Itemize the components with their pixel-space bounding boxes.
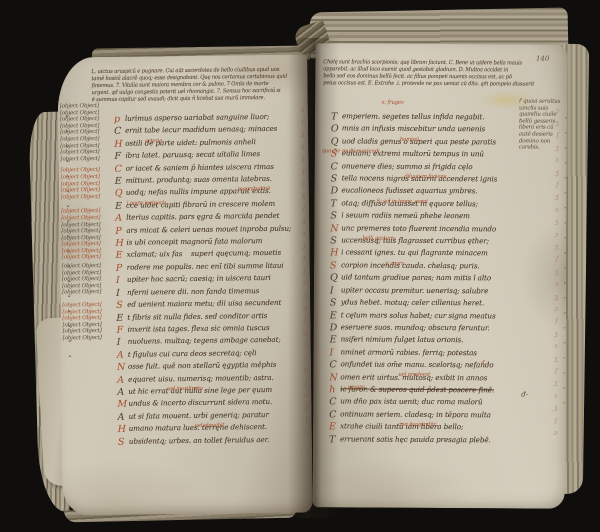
line-end-mark: ɜ bbox=[301, 179, 304, 187]
left-margin-glosses: [object Object][object Object][object Ob… bbox=[60, 103, 117, 342]
right-commentary: Chelę sunt brachia scorpionis; quę libra… bbox=[323, 59, 544, 89]
margin-gloss-block: [object Object][object Object][object Ob… bbox=[61, 167, 115, 201]
margin-gloss-block: [object Object][object Object][object Ob… bbox=[62, 263, 116, 297]
line-end-mark: ʒ bbox=[555, 168, 559, 176]
line-end-mark: ɜ bbox=[304, 390, 307, 398]
interlinear-gloss: uel inordinato bbox=[167, 386, 203, 392]
line-end-mark: ſ bbox=[305, 366, 308, 374]
line-end-mark: ɜ bbox=[303, 279, 306, 287]
verse-line: Terruerant satis hęc pauida presagia ple… bbox=[329, 426, 559, 440]
line-end-mark: ɜ bbox=[302, 254, 305, 262]
interlinear-gloss: ī parte iecinoris bbox=[126, 200, 166, 206]
left-page: L. uictus aruspicū e pugnare. Cui aūt sa… bbox=[57, 54, 313, 515]
line-end-mark: ʒ bbox=[303, 353, 307, 361]
margin-gloss-line: [object Object] bbox=[61, 194, 115, 201]
left-verse: plurimus asperso uariabat sanguine liuor… bbox=[114, 104, 310, 441]
line-end-mark: ʒ bbox=[303, 328, 307, 336]
line-end-mark: ſ bbox=[555, 416, 557, 424]
line-end-mark: ɔ bbox=[302, 229, 306, 237]
margin-gloss-block: [object Object][object Object][object Ob… bbox=[61, 221, 115, 241]
line-end-mark: ɜ bbox=[554, 342, 557, 350]
right-verse: Temperiem. segetes tellus infida negabit… bbox=[329, 103, 561, 439]
line-end-mark: ʒ bbox=[554, 243, 558, 251]
interlinear-gloss: cesare bbox=[348, 384, 365, 390]
left-commentary: L. uictus aruspicū e pugnare. Cui aūt sa… bbox=[91, 67, 289, 105]
line-end-mark: ɔ bbox=[553, 429, 557, 437]
verse-text: ubsidentq; urbes. an tollet feruidus aer… bbox=[129, 435, 269, 446]
line-end-mark: ſ bbox=[303, 204, 306, 212]
interlinear-gloss: đ bbox=[481, 360, 484, 366]
line-end-mark: ſ bbox=[302, 167, 305, 175]
verse-line: Subsidentq; urbes. an tollet feruidus ae… bbox=[118, 426, 310, 441]
right-margin-gloss: r̄ quasi seruitusuinclis suisquandiu ciu… bbox=[519, 98, 591, 151]
interlinear-gloss: magnitudinē bbox=[238, 186, 270, 192]
line-end-mark: ʒ bbox=[302, 266, 306, 274]
line-end-mark: ʒ bbox=[301, 155, 305, 163]
margin-gloss-block: [object Object][object Object][object Ob… bbox=[61, 241, 115, 261]
line-end-mark: ʒ bbox=[555, 193, 559, 201]
line-end-mark: ɜ bbox=[303, 341, 306, 349]
line-end-mark: ɔ bbox=[555, 205, 559, 213]
line-end-mark: ɜ bbox=[555, 280, 558, 288]
line-end-mark: ʒ bbox=[302, 217, 306, 225]
line-end-mark: ɜ bbox=[554, 392, 557, 400]
manuscript-photo: L. uictus aruspicū e pugnare. Cui aūt sa… bbox=[0, 0, 600, 532]
line-end-mark: ʒ bbox=[555, 218, 559, 226]
line-end-mark: ſ bbox=[305, 415, 308, 423]
line-end-mark: ʒ bbox=[554, 354, 558, 362]
interlinear-gloss: diluuium faciens bbox=[404, 174, 446, 180]
interlinear-gloss: s; fruges bbox=[382, 99, 404, 105]
interlinear-gloss: s; mars bbox=[385, 260, 404, 266]
line-end-mark: ɔ bbox=[302, 291, 306, 299]
margin-mark: đ- bbox=[521, 390, 528, 398]
margin-gloss-block: [object Object][object Object][object Ob… bbox=[62, 322, 116, 342]
margin-gloss-line: [object Object] bbox=[63, 335, 117, 342]
line-end-mark: ʒ bbox=[304, 403, 308, 411]
interlinear-gloss: uel prodeest bbox=[398, 372, 430, 378]
interlinear-gloss: S; sol in leone esset bbox=[376, 198, 428, 204]
line-end-mark: ɜ bbox=[555, 156, 558, 164]
line-end-mark: ʒ bbox=[554, 292, 558, 300]
interlinear-gloss: aue p̄sagia dñr bbox=[398, 422, 436, 428]
line-end-mark: ʒ bbox=[553, 404, 557, 412]
margin-gloss-block: [object Object][object Object] bbox=[61, 208, 115, 222]
line-end-mark: ſ bbox=[555, 367, 557, 375]
line-end-mark: ſ bbox=[302, 117, 305, 125]
margin-gloss-block: [object Object][object Object][object Ob… bbox=[62, 302, 116, 322]
commentary-line: peius occisus est. E. Extrahe .i. proten… bbox=[323, 81, 544, 89]
line-end-mark: ſ bbox=[556, 181, 558, 189]
margin-gloss-line: carebis. bbox=[519, 145, 591, 152]
line-end-mark: ʒ bbox=[302, 241, 306, 249]
margin-gloss-line: [object Object] bbox=[62, 289, 116, 296]
line-end-mark: ʒ bbox=[303, 304, 307, 312]
line-end-mark: ſ bbox=[556, 255, 558, 263]
line-end-mark: ʒ bbox=[554, 379, 558, 387]
line-end-mark: ɔ bbox=[554, 305, 558, 313]
line-end-mark: ʒ bbox=[303, 378, 307, 386]
margin-gloss-line: [object Object] bbox=[60, 156, 114, 163]
line-end-mark: ɜ bbox=[300, 105, 303, 113]
line-end-mark: ſ bbox=[555, 317, 557, 325]
interlinear-gloss: belli gesturis bbox=[362, 235, 395, 241]
line-end-mark: ʒ bbox=[554, 267, 558, 275]
line-end-mark: ʒ bbox=[301, 192, 305, 200]
line-end-mark: ſ bbox=[304, 316, 307, 324]
line-end-mark: ɜ bbox=[555, 230, 558, 238]
verse-text: erruerant satis hęc pauida presagia pleb… bbox=[340, 434, 491, 444]
interlinear-gloss: arterię bbox=[145, 138, 162, 144]
verse-initial: T bbox=[329, 434, 340, 445]
margin-gloss-line: [object Object] bbox=[62, 254, 116, 261]
margin-gloss-block: [object Object][object Object][object Ob… bbox=[60, 103, 115, 163]
interlinear-gloss: hominū bbox=[400, 136, 419, 142]
line-end-mark: ʒ bbox=[300, 130, 304, 138]
right-page: 140 Chelę sunt brachia scorpionis; quę l… bbox=[313, 43, 568, 509]
verse-initial: S bbox=[118, 436, 129, 447]
interlinear-gloss: quo die multi moriendi bbox=[322, 148, 380, 154]
line-end-mark: ʒ bbox=[554, 330, 558, 338]
line-end-mark: ɔ bbox=[304, 428, 308, 436]
line-end-mark: ɔ bbox=[301, 142, 305, 150]
interlinear-gloss: uel eleuabit bbox=[194, 423, 224, 429]
